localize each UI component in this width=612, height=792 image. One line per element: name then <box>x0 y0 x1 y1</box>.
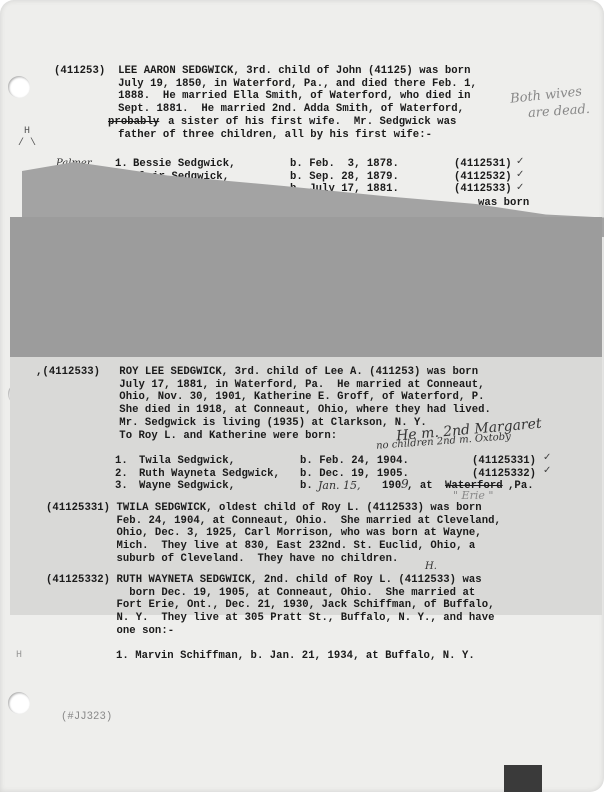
margin-mark: H <box>24 126 30 137</box>
grandchild-line: 1. Marvin Schiffman, b. Jan. 21, 1934, a… <box>116 650 475 663</box>
paper-overlay-band <box>10 217 602 357</box>
child-name: Ruth Wayneta Sedgwick, <box>139 468 280 481</box>
handwritten-insert: H. <box>425 561 437 572</box>
child-num: 3. <box>115 480 128 493</box>
entry-411253-line: father of three children, all by his fir… <box>54 129 432 142</box>
entry-411253-line: 1888. He married Ella Smith, of Waterfor… <box>54 90 470 103</box>
entry-4112533-line: ,(4112533) ROY LEE SEDGWICK, 3rd. child … <box>36 366 478 379</box>
handwritten-correction: " Erie " <box>453 489 493 502</box>
child-birth: b. Feb. 24, 1904. <box>300 455 409 468</box>
entry-4112533-line: To Roy L. and Katherine were born: <box>36 430 337 443</box>
document-page: (411253) LEE AARON SEDGWICK, 3rd. child … <box>0 0 604 792</box>
entry-4112533-line: July 17, 1881, in Waterford, Pa. He marr… <box>36 379 485 392</box>
check-mark-icon: ✓ <box>516 182 524 193</box>
entry-41125331-line: (41125331) TWILA SEDGWICK, oldest child … <box>46 502 482 515</box>
punch-hole <box>8 76 30 98</box>
child-id: (41125332) <box>472 468 536 481</box>
entry-4112533-line: Ohio, Nov. 30, 1901, Katherine E. Groff,… <box>36 391 485 404</box>
child-num: 2. <box>115 468 128 481</box>
birth-place-pre: , at <box>407 480 439 493</box>
entry-41125332-line: (41125332) RUTH WAYNETA SEDGWICK, 2nd. c… <box>46 574 482 587</box>
check-mark-icon: ✓ <box>516 169 524 180</box>
birth-place-post: ,Pa. <box>508 480 534 493</box>
entry-411253-line: July 19, 1850, in Waterford, Pa., and di… <box>54 78 477 91</box>
child-birth: b. Sep. 28, 1879. <box>290 171 399 184</box>
entry-411253-line: Sept. 1881. He married 2nd. Adda Smith, … <box>54 103 464 116</box>
entry-41125332-line: N. Y. They live at 305 Pratt St., Buffal… <box>46 612 495 625</box>
margin-mark: H <box>16 650 22 661</box>
margin-caret: / \ <box>18 138 36 149</box>
child-name: Bessie Sedgwick, <box>133 158 236 171</box>
entry-41125332-line: one son:- <box>46 625 174 638</box>
birth-year: 190 <box>382 480 401 493</box>
entry-4112533-line: She died in 1918, at Conneaut, Ohio, whe… <box>36 404 491 417</box>
child-id: (4112533) <box>454 183 512 196</box>
entry-41125331-line: suburb of Cleveland. They have no childr… <box>46 553 398 566</box>
check-mark-icon: ✓ <box>543 452 551 463</box>
check-mark-icon: ✓ <box>516 156 524 167</box>
dark-corner-tab <box>504 765 542 792</box>
child-id: (41125331) <box>472 455 536 468</box>
entry-41125332-line: Fort Erie, Ont., Dec. 21, 1930, Jack Sch… <box>46 599 495 612</box>
entry-41125331-line: Feb. 24, 1904, at Conneaut, Ohio. She ma… <box>46 515 501 528</box>
entry-41125331-line: Ohio, Dec. 3, 1925, Carl Morrison, who w… <box>46 527 482 540</box>
child-birth: b. <box>300 480 313 493</box>
check-mark-icon: ✓ <box>543 465 551 476</box>
child-num: 1. <box>115 455 128 468</box>
punch-hole <box>8 692 30 714</box>
child-name: Wayne Sedgwick, <box>139 480 235 493</box>
entry-41125331-line: Mich. They live at 830, East 232nd. St. … <box>46 540 475 553</box>
entry-41125332-line: born Dec. 19, 1905, at Conneaut, Ohio. S… <box>46 587 475 600</box>
handwritten-date: Jan. 15, <box>318 479 361 492</box>
entry-4112533-line: Mr. Sedgwick is living (1935) at Clarkso… <box>36 417 427 430</box>
child-birth: b. Feb. 3, 1878. <box>290 158 399 171</box>
child-id: (4112532) <box>454 171 512 184</box>
child-name: Twila Sedgwick, <box>139 455 235 468</box>
handwritten-note: are dead. <box>528 102 591 121</box>
entry-411253-line: (411253) LEE AARON SEDGWICK, 3rd. child … <box>54 65 470 78</box>
footer-code: (#JJ323) <box>61 711 112 724</box>
child-id: (4112531) <box>454 158 512 171</box>
entry-411253-line: a sister of his first wife. Mr. Sedgwick… <box>104 116 456 129</box>
